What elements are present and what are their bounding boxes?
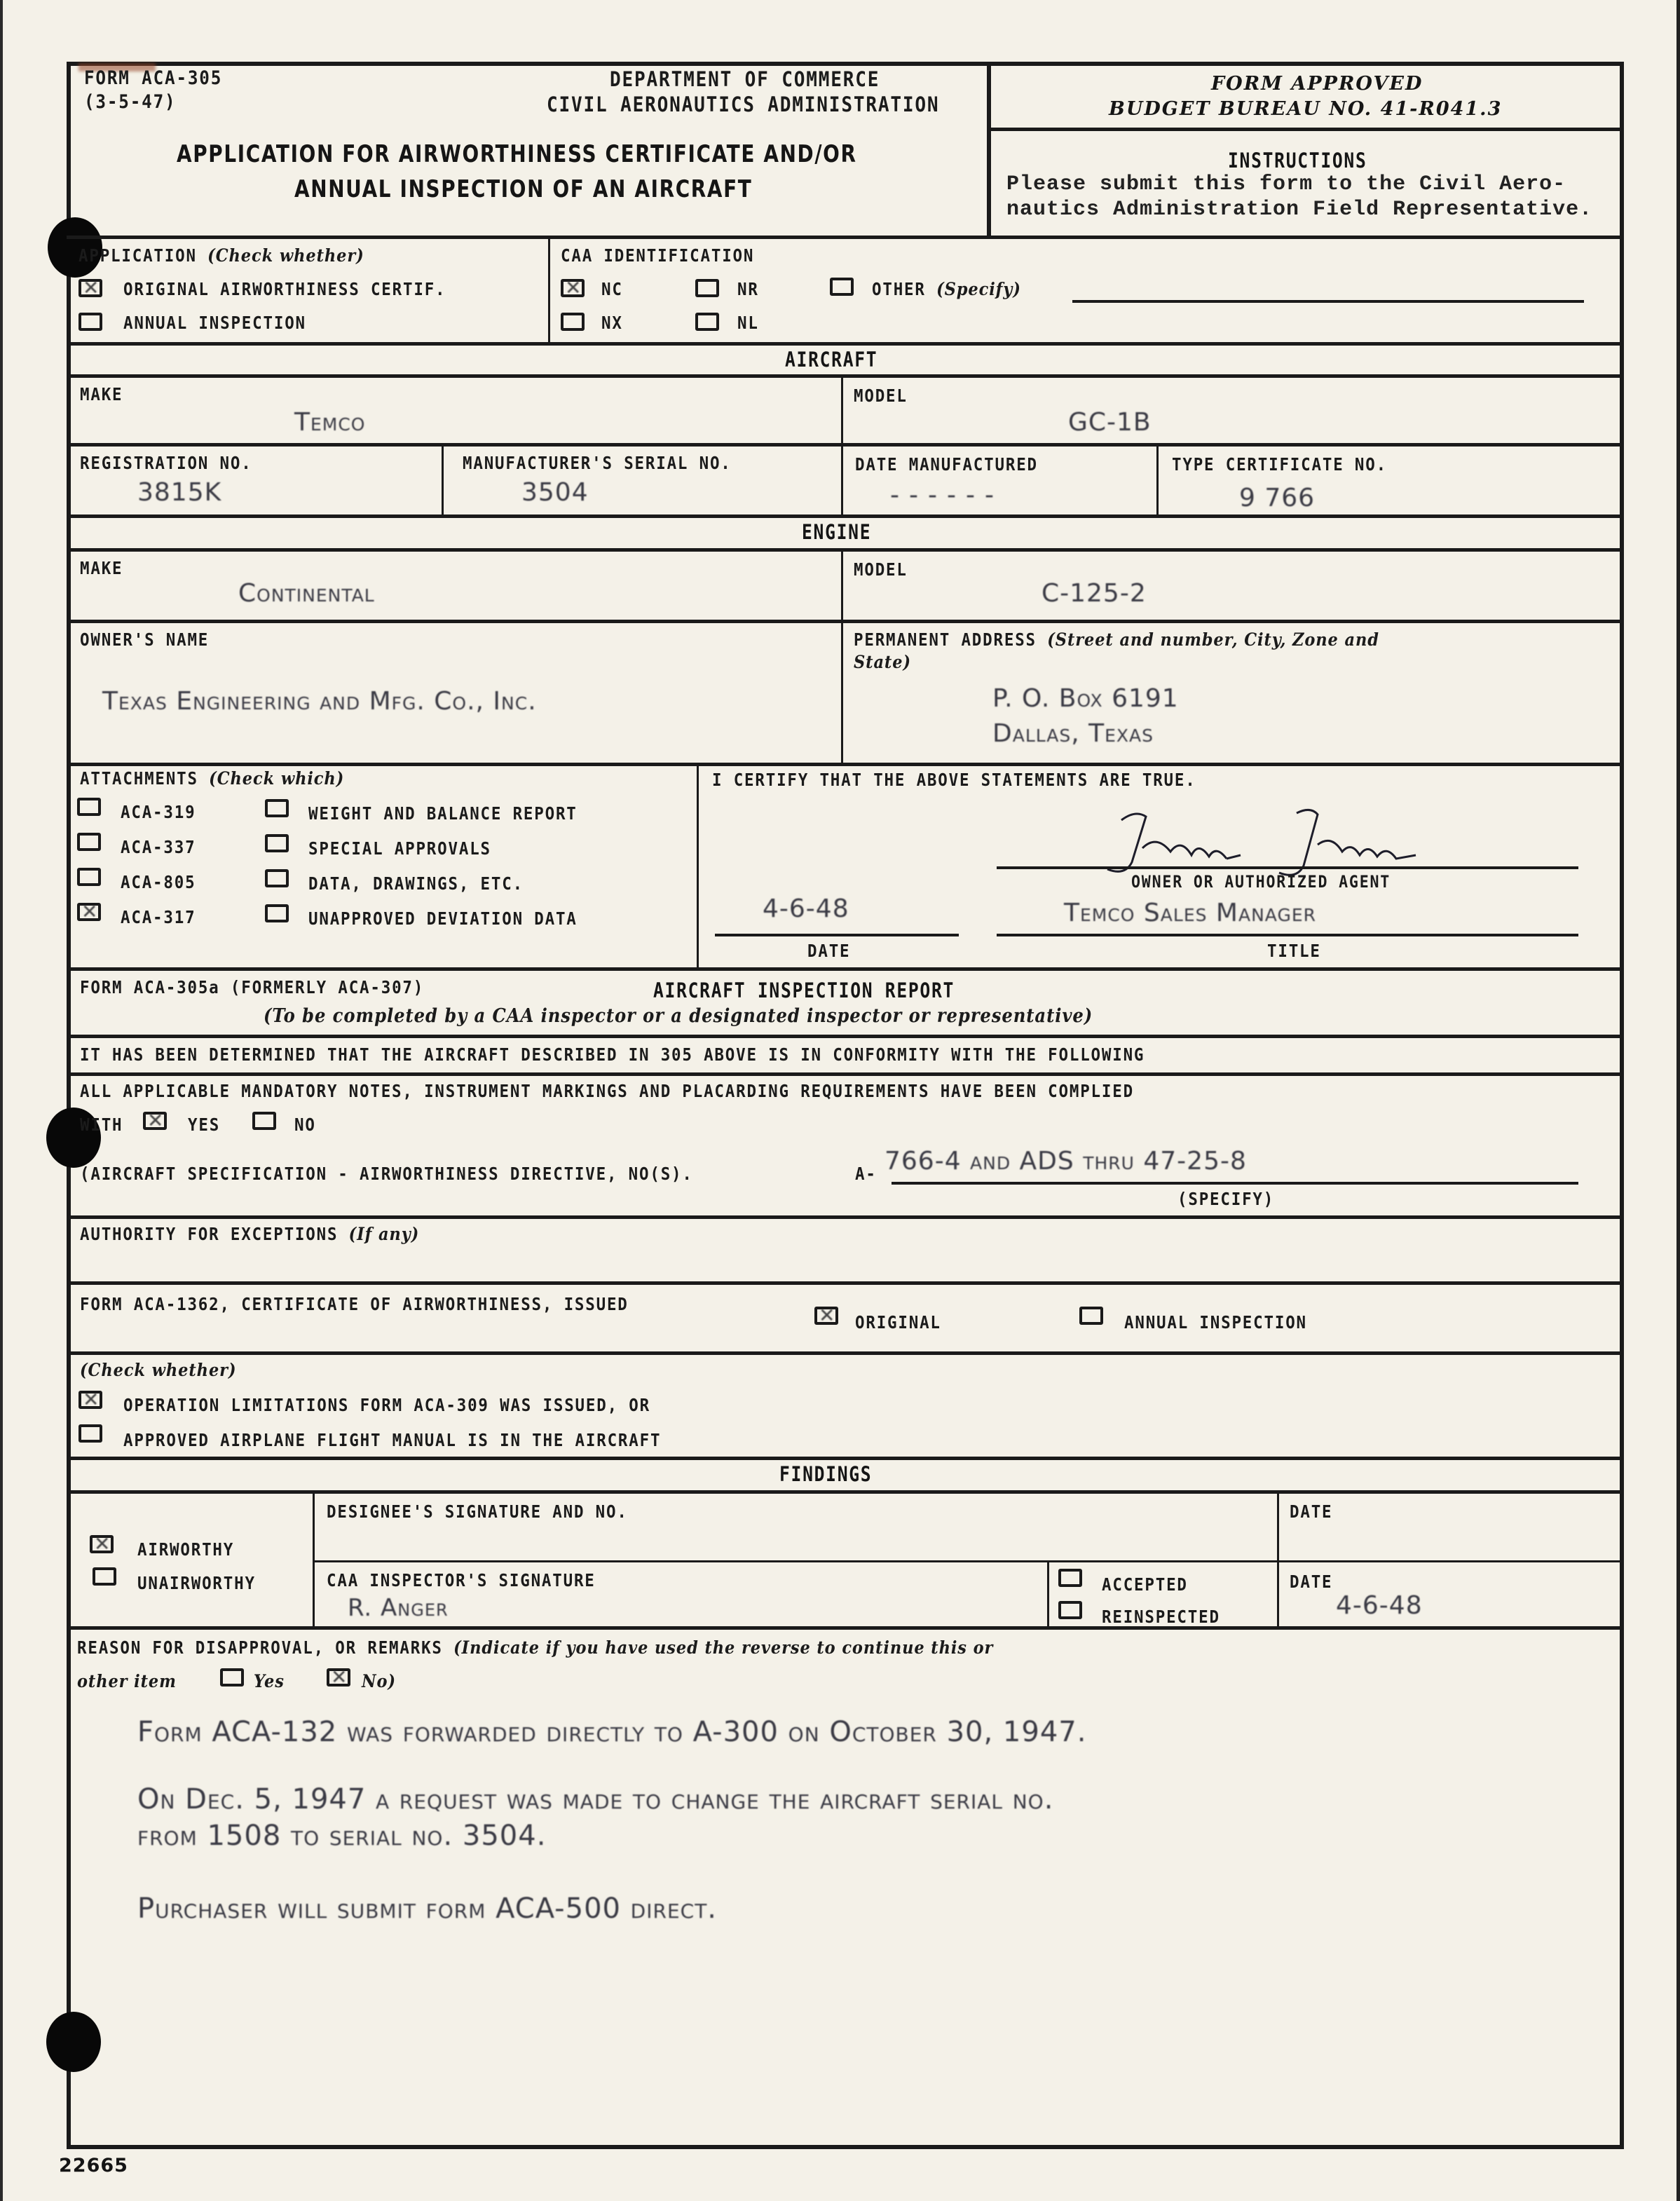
type-certificate-label: TYPE CERTIFICATE NO. [1172, 454, 1387, 475]
application-label: APPLICATION (Check whether) [78, 245, 364, 266]
instructions-line1: Please submit this form to the Civil Aer… [1006, 172, 1566, 196]
engine-model-label: MODEL [854, 559, 908, 580]
administration-name: CIVIL AERONAUTICS ADMINISTRATION [547, 93, 939, 116]
certification-date-caption: DATE [807, 941, 850, 961]
checkbox-original-airworthiness[interactable] [78, 279, 102, 297]
checkbox-annual-inspection[interactable] [78, 313, 102, 331]
mandatory-notes-statement: ALL APPLICABLE MANDATORY NOTES, INSTRUME… [80, 1081, 1134, 1101]
checkbox-other[interactable] [830, 278, 854, 296]
accepted-label: ACCEPTED [1102, 1574, 1188, 1595]
remarks-hint-line2: other item [77, 1671, 177, 1691]
remarks-label: REASON FOR DISAPPROVAL, OR REMARKS (Indi… [77, 1637, 993, 1658]
option-annual-inspection: ANNUAL INSPECTION [123, 313, 306, 333]
registration-divider [442, 443, 444, 515]
remarks-line-4: Purchaser will submit form ACA-500 direc… [137, 1893, 717, 1925]
findings-section-top [67, 1457, 1624, 1460]
owner-name-label: OWNER'S NAME [80, 629, 209, 650]
aircraft-section-title: AIRCRAFT [785, 348, 877, 372]
checkbox-mandatory-yes[interactable] [143, 1112, 167, 1130]
document-number: 22665 [59, 2155, 128, 2176]
option-other: OTHER (Specify) [872, 279, 1021, 299]
checkbox-accepted[interactable] [1058, 1569, 1082, 1587]
caa-inspector-signature-label: CAA INSPECTOR'S SIGNATURE [327, 1570, 596, 1590]
scanned-form-page: FORM ACA-305 (3-5-47) DEPARTMENT OF COMM… [0, 0, 1680, 2201]
checkbox-reinspected[interactable] [1058, 1601, 1082, 1619]
engine-divider [841, 548, 843, 765]
aircraft-header-rule [67, 374, 1624, 378]
date-manufactured-label: DATE MANUFACTURED [855, 454, 1038, 475]
form-revision-date: (3-5-47) [84, 91, 176, 113]
findings-section-title: FINDINGS [779, 1462, 872, 1486]
attachment-aca-317: ACA-317 [121, 907, 196, 927]
department-name: DEPARTMENT OF COMMERCE [610, 67, 880, 91]
inspection-report-subtitle: (To be completed by a CAA inspector or a… [264, 1005, 1093, 1027]
permanent-address-label: PERMANENT ADDRESS (Street and number, Ci… [854, 629, 1379, 650]
frame-top [67, 62, 1624, 66]
designee-date-label: DATE [1290, 1501, 1332, 1522]
findings-inner-rule [313, 1560, 1623, 1562]
instructions-line2: nautics Administration Field Representat… [1006, 198, 1592, 222]
aircraft-specification-label: (AIRCRAFT SPECIFICATION - AIRWORTHINESS … [80, 1164, 693, 1184]
instructions-heading: INSTRUCTIONS [1228, 149, 1367, 172]
aircraft-model-label: MODEL [854, 386, 908, 406]
engine-model-value: C-125-2 [1042, 579, 1147, 608]
flight-manual-label: APPROVED AIRPLANE FLIGHT MANUAL IS IN TH… [123, 1430, 661, 1450]
inspector-date-value: 4-6-48 [1336, 1591, 1423, 1620]
inspector-date-label: DATE [1290, 1572, 1332, 1592]
engine-section-title: ENGINE [802, 520, 871, 544]
checkbox-nr[interactable] [695, 279, 719, 297]
certification-date-value: 4-6-48 [763, 894, 849, 923]
checkbox-aca-337[interactable] [77, 833, 101, 851]
checkbox-weight-balance[interactable] [265, 799, 289, 817]
certificate-original-label: ORIGINAL [855, 1312, 941, 1333]
option-nx: NX [601, 313, 623, 333]
remarks-line-2: On Dec. 5, 1947 a request was made to ch… [137, 1783, 1053, 1815]
permanent-address-hint: State) [854, 652, 911, 672]
mandatory-with-label: WITH [80, 1115, 123, 1135]
frame-bottom [67, 2145, 1624, 2149]
checkbox-certificate-original[interactable] [814, 1307, 838, 1325]
checkbox-reverse-used-no[interactable] [327, 1668, 350, 1686]
engine-make-value: Continental [238, 579, 375, 608]
conformity-statement: IT HAS BEEN DETERMINED THAT THE AIRCRAFT… [80, 1044, 1145, 1065]
unairworthy-label: UNAIRWORTHY [137, 1573, 256, 1593]
application-divider [548, 236, 550, 342]
aircraft-row-rule [67, 443, 1624, 447]
attachment-data-drawings: DATA, DRAWINGS, ETC. [308, 873, 524, 894]
checkbox-reverse-used-yes[interactable] [220, 1668, 244, 1686]
exceptions-row-top [67, 1215, 1624, 1219]
serial-label: MANUFACTURER'S SERIAL NO. [463, 453, 732, 473]
inspection-section-top [67, 967, 1624, 971]
option-nr: NR [737, 279, 759, 299]
certification-title-value: Temco Sales Manager [1064, 899, 1316, 927]
accepted-divider [1047, 1560, 1049, 1628]
conformity-row-top [67, 1035, 1624, 1038]
findings-date-divider [1277, 1490, 1279, 1628]
checkbox-aca-319[interactable] [77, 798, 101, 816]
signature-line[interactable] [997, 866, 1578, 869]
form-title-line2: ANNUAL INSPECTION OF AN AIRCRAFT [294, 175, 752, 203]
remarks-line-3: from 1508 to serial no. 3504. [137, 1820, 546, 1852]
specification-prefix: A- [855, 1164, 877, 1184]
mandatory-no-label: NO [294, 1115, 316, 1135]
attachments-label: ATTACHMENTS (Check which) [80, 768, 344, 789]
checkbox-mandatory-no[interactable] [252, 1112, 276, 1130]
option-original-airworthiness: ORIGINAL AIRWORTHINESS CERTIF. [123, 279, 446, 299]
engine-header-rule [67, 548, 1624, 552]
option-nl: NL [737, 313, 759, 333]
remarks-line-1: Form ACA-132 was forwarded directly to A… [137, 1716, 1086, 1748]
certificate-annual-label: ANNUAL INSPECTION [1124, 1312, 1307, 1333]
caa-inspector-signature-value: R. Anger [348, 1594, 449, 1622]
header-divider [987, 62, 991, 237]
engine-section-top [67, 515, 1624, 518]
aircraft-make-label: MAKE [80, 384, 123, 404]
checkbox-nc[interactable] [561, 279, 585, 297]
certification-statement: I CERTIFY THAT THE ABOVE STATEMENTS ARE … [712, 770, 1196, 790]
registration-value: 3815K [137, 478, 221, 507]
aircraft-section-top [67, 342, 1624, 346]
budget-bureau-number: BUDGET BUREAU NO. 41-R041.3 [1109, 98, 1502, 120]
caa-identification-label: CAA IDENTIFICATION [561, 245, 754, 266]
attachment-special-approvals: SPECIAL APPROVALS [308, 838, 491, 859]
certification-date-line[interactable] [715, 934, 959, 936]
findings-header-rule [67, 1490, 1624, 1494]
specification-line[interactable] [892, 1182, 1578, 1185]
approval-box-bottom [987, 128, 1621, 131]
owner-row-top [67, 620, 1624, 623]
reverse-used-yes-label: Yes [254, 1671, 285, 1691]
form-approved-label: FORM APPROVED [1211, 73, 1423, 95]
owner-name-value: Texas Engineering and Mfg. Co., Inc. [102, 687, 537, 716]
scan-edge-right [1676, 0, 1680, 2201]
checkbox-certificate-annual[interactable] [1079, 1307, 1103, 1325]
header-bottom-rule [67, 236, 1624, 239]
attachment-weight-balance: WEIGHT AND BALANCE REPORT [308, 803, 578, 824]
check-whether-label: (Check whether) [80, 1360, 236, 1380]
airworthy-label: AIRWORTHY [137, 1539, 234, 1560]
option-nc: NC [601, 279, 623, 299]
designee-signature-label: DESIGNEE'S SIGNATURE AND NO. [327, 1501, 628, 1522]
serial-value: 3504 [521, 478, 589, 507]
checkbox-nx[interactable] [561, 313, 585, 331]
date-manufactured-divider [1156, 443, 1159, 515]
form-number: FORM ACA-305 [84, 67, 222, 89]
aircraft-make-value: Temco [294, 408, 366, 437]
limitations-row-top [67, 1351, 1624, 1355]
certificate-row-top [67, 1281, 1624, 1285]
inspection-form-number: FORM ACA-305a (FORMERLY ACA-307) [80, 977, 424, 997]
address-line1: P. O. Box 6191 [992, 684, 1179, 713]
checkbox-airworthy[interactable] [90, 1535, 114, 1553]
checkbox-aca-805[interactable] [77, 868, 101, 886]
certification-divider [697, 763, 699, 967]
engine-make-label: MAKE [80, 558, 123, 578]
attachment-aca-319: ACA-319 [121, 802, 196, 822]
certificate-issued-label: FORM ACA-1362, CERTIFICATE OF AIRWORTHIN… [80, 1294, 629, 1314]
registration-label: REGISTRATION NO. [80, 453, 252, 473]
checkbox-aca-317[interactable] [77, 903, 101, 921]
aircraft-model-value: GC-1B [1068, 408, 1152, 437]
type-certificate-value: 9 766 [1239, 484, 1315, 512]
checkbox-nl[interactable] [695, 313, 719, 331]
attachments-row-top [67, 763, 1624, 766]
checkbox-special-approvals[interactable] [265, 834, 289, 852]
mandatory-row-top [67, 1072, 1624, 1076]
inspection-report-title: AIRCRAFT INSPECTION REPORT [653, 979, 955, 1002]
form-title-line1: APPLICATION FOR AIRWORTHINESS CERTIFICAT… [177, 140, 857, 168]
checkbox-unairworthy[interactable] [93, 1567, 116, 1586]
attachment-unapproved-deviation: UNAPPROVED DEVIATION DATA [308, 908, 578, 929]
checkbox-operation-limitations[interactable] [78, 1391, 102, 1409]
punch-hole-bottom [46, 2012, 101, 2072]
mandatory-yes-label: YES [188, 1115, 220, 1135]
attachment-aca-337: ACA-337 [121, 837, 196, 857]
specification-value: 766-4 and ADS thru 47-25-8 [885, 1147, 1247, 1176]
other-specify-line[interactable] [1072, 300, 1584, 303]
checkbox-flight-manual[interactable] [78, 1424, 102, 1443]
checkbox-unapproved-deviation[interactable] [265, 904, 289, 922]
exceptions-label: AUTHORITY FOR EXCEPTIONS (If any) [80, 1224, 419, 1244]
scan-edge-left [0, 0, 3, 2201]
address-line2: Dallas, Texas [992, 719, 1154, 748]
certification-title-line[interactable] [997, 934, 1578, 936]
checkbox-data-drawings[interactable] [265, 869, 289, 887]
signature-caption: OWNER OR AUTHORIZED AGENT [1131, 872, 1391, 892]
operation-limitations-label: OPERATION LIMITATIONS FORM ACA-309 WAS I… [123, 1395, 650, 1415]
reinspected-label: REINSPECTED [1102, 1607, 1220, 1627]
date-manufactured-value: ------ [890, 481, 1004, 510]
specification-caption: (SPECIFY) [1177, 1189, 1274, 1209]
reverse-used-no-label: No) [362, 1671, 396, 1691]
findings-left-divider [313, 1490, 315, 1628]
certification-title-caption: TITLE [1267, 941, 1321, 961]
attachment-aca-805: ACA-805 [121, 872, 196, 892]
remarks-section-top [67, 1626, 1624, 1630]
